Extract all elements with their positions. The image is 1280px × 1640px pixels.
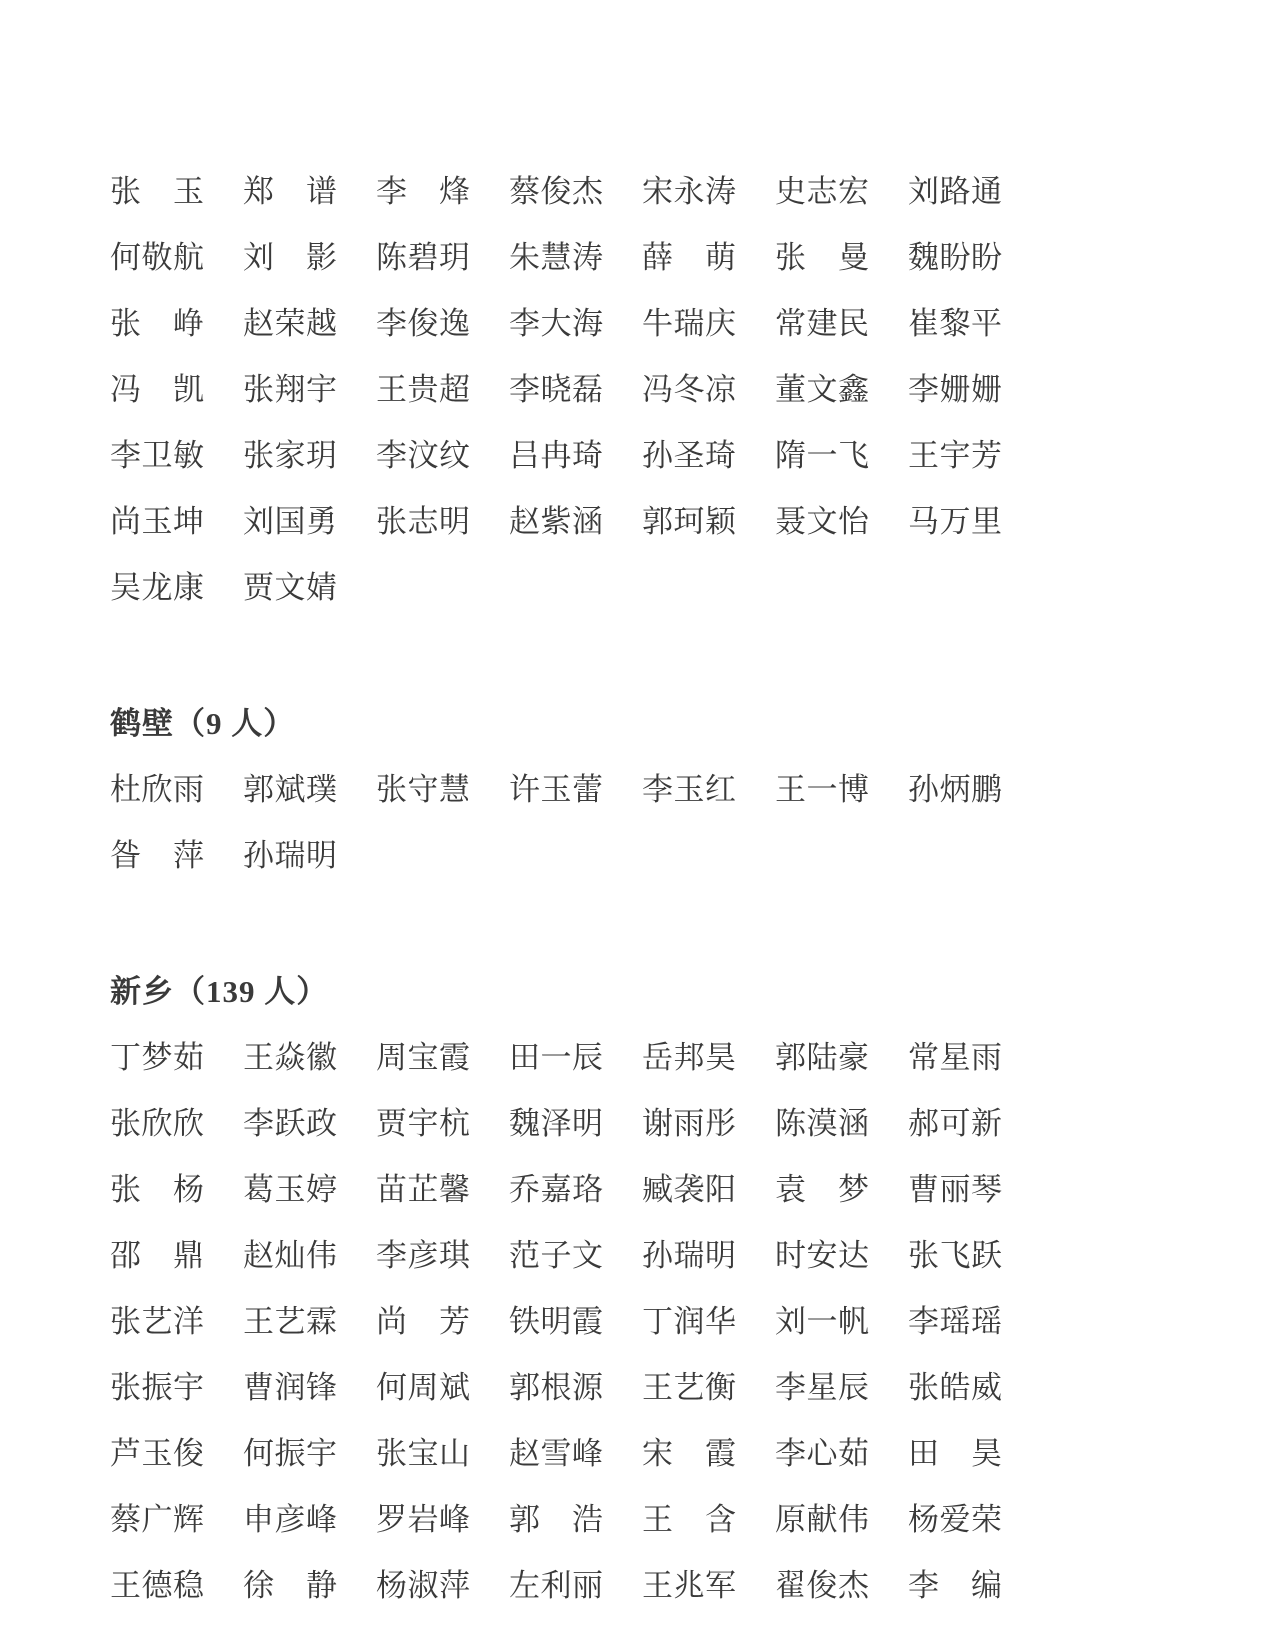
name-char: 静: [306, 1560, 337, 1605]
name-char: 明: [306, 830, 337, 875]
name-char: 彤: [705, 1098, 736, 1143]
name-char: 罗: [376, 1494, 407, 1539]
name-char: 飞: [838, 430, 869, 475]
person-name: 常星雨: [908, 1032, 1002, 1077]
name-char: 尚: [110, 496, 141, 541]
person-name: 李跃政: [243, 1098, 337, 1143]
person-name: 王兆军: [642, 1560, 736, 1605]
name-char: 文: [275, 562, 306, 607]
person-name: 吴龙康: [110, 562, 204, 607]
name-char: 广: [142, 1494, 173, 1539]
person-name: 赵紫涵: [509, 496, 603, 541]
person-name: 芦玉俊: [110, 1428, 204, 1473]
person-name: 张曼: [775, 232, 869, 277]
name-char: 李: [908, 1296, 939, 1341]
name-char: 俊: [173, 1428, 204, 1473]
person-name: 魏泽明: [509, 1098, 603, 1143]
name-char: 俊: [541, 166, 572, 211]
name-char: 卫: [142, 430, 173, 475]
name-char: 宋: [642, 1428, 673, 1473]
name-char: 鑫: [838, 364, 869, 409]
person-name: 孙圣琦: [642, 430, 736, 475]
person-name: 刘路通: [908, 166, 1002, 211]
section-title-hebi: 鹤壁（9 人）: [110, 687, 1280, 753]
name-char: 曼: [838, 232, 869, 277]
name-char: 王: [243, 1032, 274, 1077]
person-name: 尚芳: [376, 1296, 470, 1341]
name-char: 苗: [376, 1164, 407, 1209]
name-char: 康: [173, 562, 204, 607]
name-char: 郭: [642, 496, 673, 541]
name-char: 王: [243, 1296, 274, 1341]
person-name: 常建民: [775, 298, 869, 343]
name-char: 玥: [306, 430, 337, 475]
name-row: 冯凯张翔宇王贵超李晓磊冯冬凉董文鑫李姗姗: [110, 353, 1280, 419]
person-name: 何周斌: [376, 1362, 470, 1407]
name-char: 宝: [408, 1428, 439, 1473]
name-row: 丁梦茹王焱徽周宝霞田一辰岳邦昊郭陆豪常星雨: [110, 1021, 1280, 1087]
name-char: 宏: [838, 166, 869, 211]
name-char: 隋: [775, 430, 806, 475]
name-char: 赵: [509, 496, 540, 541]
name-char: 红: [705, 764, 736, 809]
name-char: 王: [908, 430, 939, 475]
person-name: 何敬航: [110, 232, 204, 277]
person-name: 崔黎平: [908, 298, 1002, 343]
name-row: 张玉郑谱李烽蔡俊杰宋永涛史志宏刘路通: [110, 155, 1280, 221]
name-char: 张: [110, 298, 141, 343]
person-name: 丁梦茹: [110, 1032, 204, 1077]
name-char: 孙: [908, 764, 939, 809]
person-name: 刘国勇: [243, 496, 337, 541]
name-char: 聂: [775, 496, 806, 541]
name-char: 玉: [275, 1164, 306, 1209]
name-char: 星: [807, 1362, 838, 1407]
person-name: 杜欣雨: [110, 764, 204, 809]
name-char: 田: [908, 1428, 939, 1473]
name-char: 国: [275, 496, 306, 541]
name-char: 利: [541, 1560, 572, 1605]
person-name: 王宇芳: [908, 430, 1002, 475]
name-char: 孙: [642, 1230, 673, 1275]
name-char: 龙: [142, 562, 173, 607]
name-char: 鼎: [173, 1230, 204, 1275]
name-char: 涵: [838, 1098, 869, 1143]
person-name: 葛玉婷: [243, 1164, 337, 1209]
person-name: 李俊逸: [376, 298, 470, 343]
name-char: 艺: [275, 1296, 306, 1341]
name-char: 圣: [674, 430, 705, 475]
name-char: 欣: [142, 1098, 173, 1143]
name-row: 李卫敏张家玥李汶纹吕冉琦孙圣琦隋一飞王宇芳: [110, 419, 1280, 485]
name-char: 星: [940, 1032, 971, 1077]
name-char: 振: [142, 1362, 173, 1407]
name-char: 珞: [572, 1164, 603, 1209]
person-name: 张飞跃: [908, 1230, 1002, 1275]
name-char: 陈: [376, 232, 407, 277]
person-name: 尚玉坤: [110, 496, 204, 541]
name-char: 李: [376, 166, 407, 211]
name-row: 昝萍孙瑞明: [110, 819, 1280, 885]
person-name: 郭斌璞: [243, 764, 337, 809]
name-char: 磊: [572, 364, 603, 409]
name-char: 朱: [509, 232, 540, 277]
person-name: 赵雪峰: [509, 1428, 603, 1473]
name-char: 丁: [110, 1032, 141, 1077]
name-char: 常: [908, 1032, 939, 1077]
name-char: 何: [376, 1362, 407, 1407]
person-name: 张欣欣: [110, 1098, 204, 1143]
name-char: 玉: [142, 496, 173, 541]
name-char: 郭: [243, 764, 274, 809]
name-char: 李: [775, 1362, 806, 1407]
name-char: 润: [275, 1362, 306, 1407]
name-char: 守: [408, 764, 439, 809]
person-name: 曹丽琴: [908, 1164, 1002, 1209]
person-name: 郝可新: [908, 1098, 1002, 1143]
name-char: 涛: [705, 166, 736, 211]
name-char: 霖: [306, 1296, 337, 1341]
person-name: 岳邦昊: [642, 1032, 736, 1077]
name-char: 盼: [940, 232, 971, 277]
person-name: 蔡广辉: [110, 1494, 204, 1539]
name-char: 李: [775, 1428, 806, 1473]
name-char: 赵: [243, 1230, 274, 1275]
name-char: 稳: [173, 1560, 204, 1605]
name-char: 葛: [243, 1164, 274, 1209]
name-char: 敬: [142, 232, 173, 277]
name-char: 王: [642, 1560, 673, 1605]
name-char: 里: [971, 496, 1002, 541]
name-char: 瑞: [674, 1230, 705, 1275]
person-name: 朱慧涛: [509, 232, 603, 277]
name-char: 一: [807, 1296, 838, 1341]
name-char: 彦: [275, 1494, 306, 1539]
name-char: 魏: [908, 232, 939, 277]
person-name: 张杨: [110, 1164, 204, 1209]
name-char: 瑞: [275, 830, 306, 875]
name-char: 威: [971, 1362, 1002, 1407]
name-char: 赵: [509, 1428, 540, 1473]
name-char: 通: [971, 166, 1002, 211]
person-name: 陈漠涵: [775, 1098, 869, 1143]
name-char: 辰: [572, 1032, 603, 1077]
name-char: 张: [110, 1164, 141, 1209]
name-char: 范: [509, 1230, 540, 1275]
name-char: 平: [971, 298, 1002, 343]
name-char: 振: [275, 1428, 306, 1473]
name-char: 雨: [971, 1032, 1002, 1077]
name-char: 李: [509, 364, 540, 409]
person-name: 郭根源: [509, 1362, 603, 1407]
person-name: 赵荣越: [243, 298, 337, 343]
person-name: 魏盼盼: [908, 232, 1002, 277]
person-name: 郑谱: [243, 166, 337, 211]
name-char: 峰: [572, 1428, 603, 1473]
name-char: 一: [541, 1032, 572, 1077]
name-char: 陆: [807, 1032, 838, 1077]
person-name: 李烽: [376, 166, 470, 211]
name-char: 婧: [306, 562, 337, 607]
name-char: 一: [807, 764, 838, 809]
name-char: 萍: [439, 1560, 470, 1605]
person-name: 蔡俊杰: [509, 166, 603, 211]
name-char: 张: [243, 430, 274, 475]
name-char: 民: [838, 298, 869, 343]
name-char: 萍: [173, 830, 204, 875]
person-name: 袁梦: [775, 1164, 869, 1209]
person-name: 宋永涛: [642, 166, 736, 211]
name-char: 冯: [110, 364, 141, 409]
name-char: 杰: [572, 166, 603, 211]
name-char: 杨: [908, 1494, 939, 1539]
name-char: 张: [908, 1230, 939, 1275]
name-char: 薛: [642, 232, 673, 277]
name-char: 吴: [110, 562, 141, 607]
name-char: 艺: [142, 1296, 173, 1341]
name-char: 丽: [940, 1164, 971, 1209]
name-char: 慧: [541, 232, 572, 277]
name-char: 黎: [940, 298, 971, 343]
person-name: 周宝霞: [376, 1032, 470, 1077]
name-char: 政: [306, 1098, 337, 1143]
person-name: 田一辰: [509, 1032, 603, 1077]
name-char: 冯: [642, 364, 673, 409]
name-char: 贾: [243, 562, 274, 607]
name-row: 张杨葛玉婷苗芷馨乔嘉珞臧袭阳袁梦曹丽琴: [110, 1153, 1280, 1219]
name-char: 牛: [642, 298, 673, 343]
person-name: 邵鼎: [110, 1230, 204, 1275]
name-char: 李: [376, 1230, 407, 1275]
name-char: 杭: [439, 1098, 470, 1143]
name-char: 铁: [509, 1296, 540, 1341]
name-char: 曹: [908, 1164, 939, 1209]
name-char: 王: [642, 1494, 673, 1539]
name-char: 漠: [807, 1098, 838, 1143]
name-char: 颖: [705, 496, 736, 541]
name-char: 李: [908, 1560, 939, 1605]
name-char: 琪: [439, 1230, 470, 1275]
name-char: 李: [376, 430, 407, 475]
name-char: 刘: [243, 496, 274, 541]
person-name: 何振宇: [243, 1428, 337, 1473]
name-char: 霞: [705, 1428, 736, 1473]
person-name: 贾文婧: [243, 562, 337, 607]
name-char: 常: [775, 298, 806, 343]
name-char: 凯: [173, 364, 204, 409]
name-char: 李: [243, 1098, 274, 1143]
name-row: 张欣欣李跃政贾宇杭魏泽明谢雨彤陈漠涵郝可新: [110, 1087, 1280, 1153]
name-char: 瑞: [674, 298, 705, 343]
person-name: 张玉: [110, 166, 204, 211]
name-char: 茹: [838, 1428, 869, 1473]
name-char: 勇: [306, 496, 337, 541]
person-name: 李编: [908, 1560, 1002, 1605]
name-char: 尚: [376, 1296, 407, 1341]
person-name: 张宝山: [376, 1428, 470, 1473]
person-name: 史志宏: [775, 166, 869, 211]
name-char: 孙: [243, 830, 274, 875]
name-char: 张: [376, 496, 407, 541]
person-name: 丁润华: [642, 1296, 736, 1341]
person-name: 翟俊杰: [775, 1560, 869, 1605]
name-char: 琦: [705, 430, 736, 475]
name-char: 张: [110, 1296, 141, 1341]
name-char: 献: [807, 1494, 838, 1539]
name-char: 帆: [838, 1296, 869, 1341]
name-row: 何敬航刘影陈碧玥朱慧涛薛萌张曼魏盼盼: [110, 221, 1280, 287]
person-name: 郭浩: [509, 1494, 603, 1539]
name-char: 左: [509, 1560, 540, 1605]
name-char: 博: [838, 764, 869, 809]
person-name: 陈碧玥: [376, 232, 470, 277]
person-name: 宋霞: [642, 1428, 736, 1473]
name-char: 芦: [110, 1428, 141, 1473]
person-name: 苗芷馨: [376, 1164, 470, 1209]
name-char: 昊: [971, 1428, 1002, 1473]
name-char: 淑: [408, 1560, 439, 1605]
name-char: 梦: [142, 1032, 173, 1077]
person-name: 张翔宇: [243, 364, 337, 409]
name-char: 子: [541, 1230, 572, 1275]
name-char: 海: [572, 298, 603, 343]
name-char: 影: [306, 232, 337, 277]
name-char: 斌: [275, 764, 306, 809]
name-char: 明: [572, 1098, 603, 1143]
person-name: 李玉红: [642, 764, 736, 809]
name-char: 炳: [940, 764, 971, 809]
name-char: 庆: [705, 298, 736, 343]
name-char: 跃: [971, 1230, 1002, 1275]
name-char: 锋: [306, 1362, 337, 1407]
name-char: 玉: [541, 764, 572, 809]
person-name: 王艺衡: [642, 1362, 736, 1407]
person-name: 冯冬凉: [642, 364, 736, 409]
name-char: 荣: [971, 1494, 1002, 1539]
person-name: 隋一飞: [775, 430, 869, 475]
name-char: 周: [408, 1362, 439, 1407]
person-name: 李卫敏: [110, 430, 204, 475]
name-char: 涵: [572, 496, 603, 541]
name-char: 玥: [439, 232, 470, 277]
name-char: 雨: [674, 1098, 705, 1143]
name-char: 时: [775, 1230, 806, 1275]
person-name: 郭珂颖: [642, 496, 736, 541]
name-char: 路: [940, 166, 971, 211]
person-name: 左利丽: [509, 1560, 603, 1605]
person-name: 吕冉琦: [509, 430, 603, 475]
name-char: 根: [541, 1362, 572, 1407]
name-char: 郭: [509, 1362, 540, 1407]
person-name: 谢雨彤: [642, 1098, 736, 1143]
name-char: 珂: [674, 496, 705, 541]
name-char: 郝: [908, 1098, 939, 1143]
name-char: 纹: [439, 430, 470, 475]
name-char: 袁: [775, 1164, 806, 1209]
name-row: 杜欣雨郭斌璞张守慧许玉蕾李玉红王一博孙炳鹏: [110, 753, 1280, 819]
name-char: 辉: [173, 1494, 204, 1539]
name-char: 伟: [306, 1230, 337, 1275]
name-char: 张: [908, 1362, 939, 1407]
name-char: 魏: [509, 1098, 540, 1143]
name-char: 鹏: [971, 764, 1002, 809]
name-char: 王: [110, 1560, 141, 1605]
name-char: 伟: [838, 1494, 869, 1539]
person-name: 曹润锋: [243, 1362, 337, 1407]
name-char: 贵: [408, 364, 439, 409]
person-name: 王德稳: [110, 1560, 204, 1605]
name-char: 斌: [439, 1362, 470, 1407]
name-char: 郭: [509, 1494, 540, 1539]
name-char: 昊: [705, 1032, 736, 1077]
name-char: 泽: [541, 1098, 572, 1143]
person-name: 李瑶瑶: [908, 1296, 1002, 1341]
person-name: 许玉蕾: [509, 764, 603, 809]
person-name: 王艺霖: [243, 1296, 337, 1341]
name-char: 可: [940, 1098, 971, 1143]
name-char: 邦: [674, 1032, 705, 1077]
name-char: 烽: [439, 166, 470, 211]
person-name: 乔嘉珞: [509, 1164, 603, 1209]
name-char: 俊: [807, 1560, 838, 1605]
person-name: 时安达: [775, 1230, 869, 1275]
name-char: 芷: [408, 1164, 439, 1209]
name-char: 茹: [173, 1032, 204, 1077]
name-char: 姗: [940, 364, 971, 409]
name-char: 晓: [541, 364, 572, 409]
name-char: 冬: [674, 364, 705, 409]
name-char: 阳: [705, 1164, 736, 1209]
person-name: 王焱徽: [243, 1032, 337, 1077]
name-char: 馨: [439, 1164, 470, 1209]
name-row: 张峥赵荣越李俊逸李大海牛瑞庆常建民崔黎平: [110, 287, 1280, 353]
name-char: 陈: [775, 1098, 806, 1143]
name-list-page: 张玉郑谱李烽蔡俊杰宋永涛史志宏刘路通何敬航刘影陈碧玥朱慧涛薛萌张曼魏盼盼张峥赵荣…: [0, 0, 1280, 1615]
name-char: 霞: [439, 1032, 470, 1077]
name-char: 源: [572, 1362, 603, 1407]
person-name: 李姗姗: [908, 364, 1002, 409]
name-char: 超: [439, 364, 470, 409]
person-name: 王贵超: [376, 364, 470, 409]
name-char: 张: [243, 364, 274, 409]
name-char: 芳: [971, 430, 1002, 475]
name-char: 航: [173, 232, 204, 277]
name-char: 张: [775, 232, 806, 277]
name-char: 李: [642, 764, 673, 809]
name-char: 姗: [971, 364, 1002, 409]
name-char: 徽: [306, 1032, 337, 1077]
name-char: 辰: [838, 1362, 869, 1407]
name-char: 怡: [838, 496, 869, 541]
person-name: 马万里: [908, 496, 1002, 541]
name-char: 张: [110, 166, 141, 211]
name-char: 心: [807, 1428, 838, 1473]
name-char: 蕾: [572, 764, 603, 809]
name-char: 谱: [306, 166, 337, 211]
name-char: 汶: [408, 430, 439, 475]
name-char: 欣: [173, 1098, 204, 1143]
name-char: 婷: [306, 1164, 337, 1209]
name-char: 家: [275, 430, 306, 475]
name-char: 含: [705, 1494, 736, 1539]
name-char: 俊: [408, 298, 439, 343]
name-char: 明: [439, 496, 470, 541]
name-char: 峰: [439, 1494, 470, 1539]
person-name: 孙瑞明: [243, 830, 337, 875]
person-name: 张皓威: [908, 1362, 1002, 1407]
name-char: 盼: [971, 232, 1002, 277]
name-char: 田: [509, 1032, 540, 1077]
